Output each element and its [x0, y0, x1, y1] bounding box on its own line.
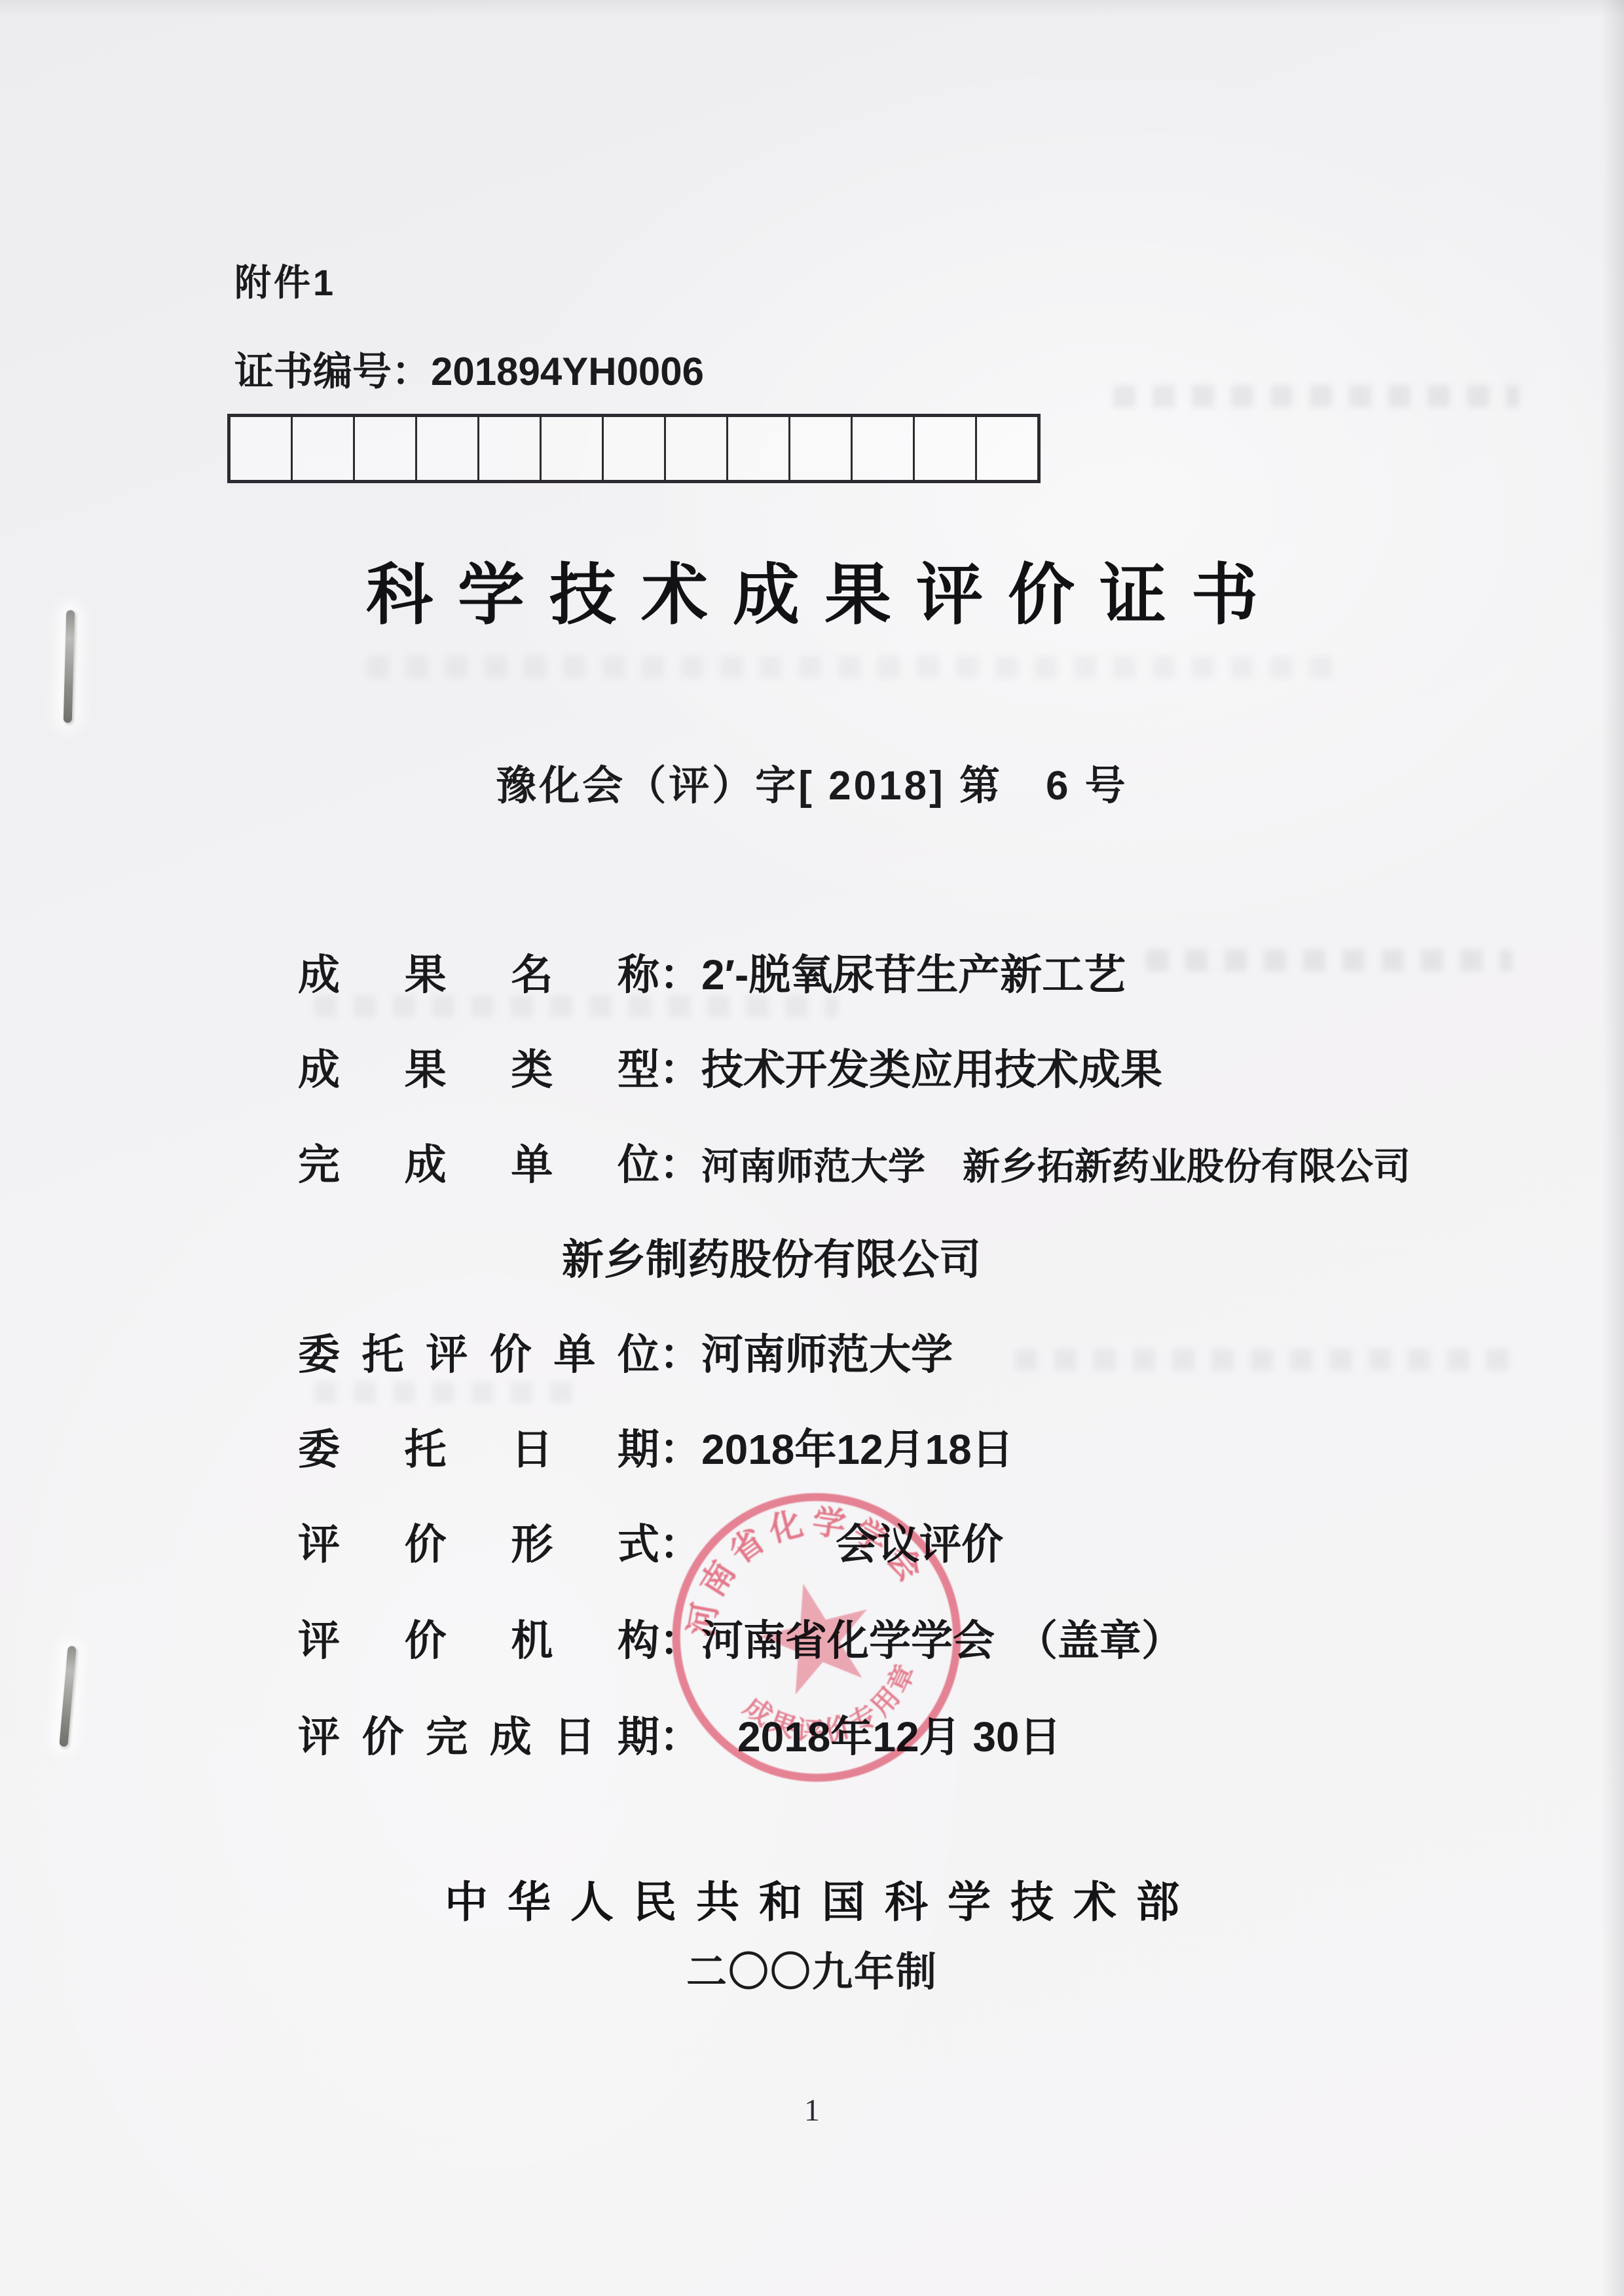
grid-cell: [788, 417, 851, 480]
bleed-through-artifact: [1113, 385, 1519, 407]
star-icon: [749, 1570, 883, 1700]
field-label: 成果类型: [298, 1036, 659, 1097]
field-entrusting-unit: 委托评价单位：河南师范大学: [298, 1321, 953, 1381]
grid-cell: [602, 417, 664, 480]
grid-cell: [540, 417, 602, 480]
bleed-through-artifact: [314, 1381, 589, 1404]
edition-line: 二〇〇九年制: [0, 1939, 1624, 1997]
scan-edge-shadow-top: [0, 0, 1624, 17]
field-label: 评价完成日期: [298, 1704, 659, 1764]
certificate-number-label: 证书编号: [234, 350, 392, 393]
grid-cell: [975, 417, 1037, 480]
grid-cell: [291, 417, 353, 480]
field-completing-units: 完成单位：河南师范大学 新乡拓新药业股份有限公司: [298, 1131, 1411, 1192]
grid-cell: [231, 417, 291, 480]
certificate-number-line: 证书编号：201894YH0006: [234, 340, 704, 397]
field-value: 2018年12月18日: [701, 1426, 1014, 1473]
grid-cell: [353, 417, 415, 480]
bleed-through-artifact: [1015, 1349, 1513, 1371]
colon: ：: [392, 350, 431, 393]
document-number: 豫化会（评）字[ 2018] 第 6 号: [0, 753, 1624, 811]
field-value: 2′-脱氧尿苷生产新工艺: [701, 951, 1126, 998]
grid-cell: [664, 417, 726, 480]
field-result-name: 成果名称：2′-脱氧尿苷生产新工艺: [298, 941, 1126, 1002]
page-title: 科学技术成果评价证书: [0, 542, 1624, 638]
field-label: 完成单位: [298, 1131, 659, 1192]
field-value: 技术开发类应用技术成果: [701, 1046, 1162, 1093]
colon: ：: [659, 941, 701, 1002]
grid-cell: [415, 417, 477, 480]
certificate-number-value: 201894YH0006: [431, 350, 704, 393]
colon: ：: [659, 1131, 701, 1192]
grid-cell: [726, 417, 788, 480]
field-label: 评价形式: [298, 1511, 659, 1571]
bleed-through-artifact: [1146, 949, 1513, 972]
colon: ：: [659, 1036, 701, 1097]
field-label: 委托日期: [298, 1416, 659, 1476]
attachment-label: 附件1: [234, 254, 336, 306]
field-label: 成果名称: [298, 941, 659, 1002]
field-value: 新乡制药股份有限公司: [562, 1236, 981, 1283]
colon: ：: [659, 1416, 701, 1476]
colon: ：: [659, 1321, 701, 1381]
field-result-type: 成果类型：技术开发类应用技术成果: [298, 1036, 1162, 1097]
grid-cell: [477, 417, 540, 480]
field-label: 委托评价单位: [298, 1321, 659, 1381]
field-value: 河南师范大学 新乡拓新药业股份有限公司: [701, 1146, 1411, 1188]
grid-cell: [851, 417, 913, 480]
field-completing-units-continued: 新乡制药股份有限公司: [562, 1226, 981, 1286]
issuer-line: 中华人民共和国科学技术部: [0, 1867, 1624, 1929]
number-grid: [227, 414, 1041, 483]
field-value: 河南师范大学: [701, 1331, 953, 1378]
bleed-through-artifact: [367, 656, 1349, 678]
certificate-page: { "document": { "attachment": "附件1", "co…: [0, 0, 1624, 2296]
page-number: 1: [0, 2092, 1624, 2128]
field-label: 评价机构: [298, 1607, 659, 1667]
grid-cell: [913, 417, 975, 480]
